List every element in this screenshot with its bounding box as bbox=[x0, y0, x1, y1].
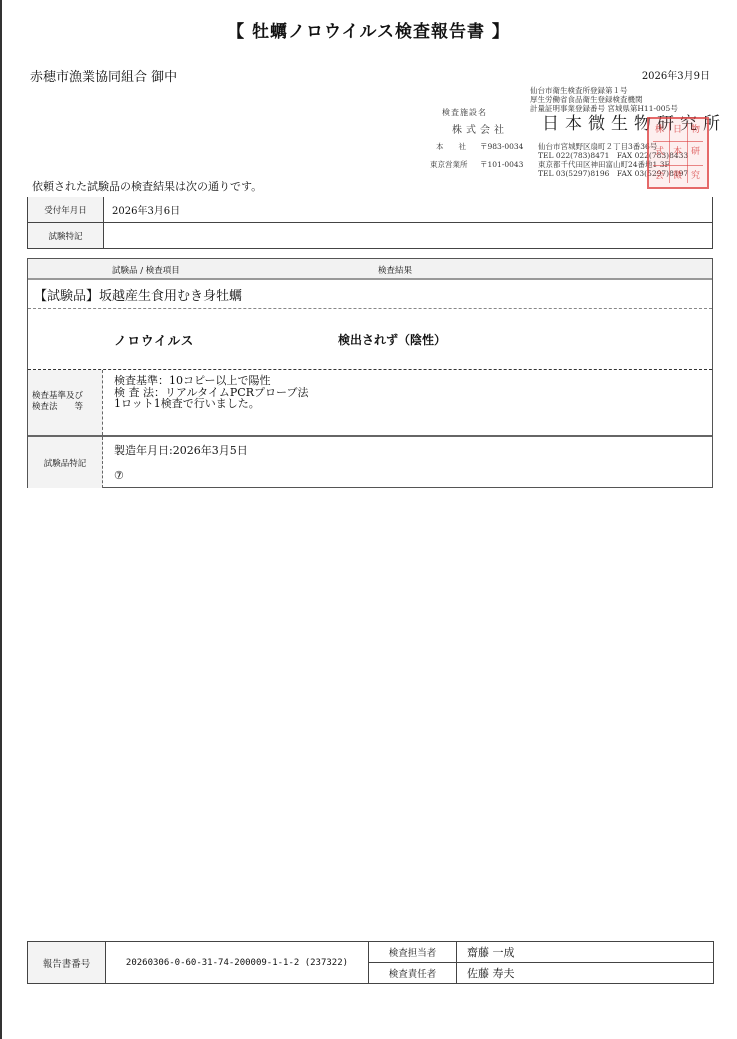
seal-char: 株 bbox=[655, 125, 664, 135]
test-item-name: ノロウイルス bbox=[114, 331, 194, 349]
test-notes-label: 試験特記 bbox=[28, 223, 104, 249]
supervisor-label: 検査責任者 bbox=[369, 963, 457, 984]
method-label: 検査基準及び 検査法 等 bbox=[28, 370, 103, 435]
seal-char: 微 bbox=[673, 171, 682, 181]
header-item: 試験品 / 検査項目 bbox=[112, 264, 180, 276]
seal-char: 会 bbox=[655, 171, 664, 181]
office-label: 本 社 bbox=[436, 142, 466, 151]
sample-notes: 製造年月日:2026年3月5日 bbox=[114, 442, 248, 458]
seal-char: 究 bbox=[691, 171, 700, 181]
test-notes bbox=[104, 223, 713, 249]
office-zip: 〒983-0034 bbox=[480, 142, 523, 151]
report-footer-table: 報告書番号 20260306-0-60-31-74-200009-1-1-2 (… bbox=[27, 941, 714, 984]
registration-line: 仙台市衛生検査所登録第１号 bbox=[530, 86, 678, 95]
method-line: 検査基準：10コピー以上で陽性 bbox=[114, 375, 308, 387]
results-header: 試験品 / 検査項目 検査結果 bbox=[28, 259, 712, 280]
supervisor-name: 佐藤 寿夫 bbox=[457, 963, 714, 984]
seal-char: 式 bbox=[655, 147, 664, 157]
divider bbox=[28, 308, 712, 309]
report-no: 20260306-0-60-31-74-200009-1-1-2 (237322… bbox=[106, 942, 369, 984]
intro-text: 依頼された試験品の検査結果は次の通りです。 bbox=[32, 178, 262, 194]
method-text: 検査基準：10コピー以上で陽性 検 査 法：リアルタイムPCRプローブ法 1ロッ… bbox=[114, 375, 308, 410]
office-zip: 〒101-0043 bbox=[480, 160, 523, 169]
office-label: 東京営業所 bbox=[430, 160, 468, 169]
registration-lines: 仙台市衛生検査所登録第１号 厚生労働省食品衛生登録検査機関 計量証明事業登録番号… bbox=[530, 86, 678, 113]
sample-notes-label: 試験品特記 bbox=[28, 437, 103, 488]
issue-date: 2026年3月9日 bbox=[642, 67, 710, 82]
inspector-name: 齋藤 一成 bbox=[457, 942, 714, 963]
seal-char: 物 bbox=[691, 125, 700, 135]
method-label-line: 検査基準及び bbox=[32, 391, 102, 402]
results-table: 試験品 / 検査項目 検査結果 【試験品】坂越産生食用むき身牡蠣 ノロウイルス … bbox=[27, 258, 713, 488]
sample-name: 【試験品】坂越産生食用むき身牡蠣 bbox=[34, 285, 242, 304]
seal-char: 研 bbox=[691, 147, 700, 157]
report-title: 【 牡蠣ノロウイルス検査報告書 】 bbox=[0, 17, 737, 42]
inspector-label: 検査担当者 bbox=[369, 942, 457, 963]
seal-char: 日 bbox=[673, 125, 682, 135]
company-type: 株式会社 bbox=[452, 126, 508, 135]
receipt-date: 2026年3月6日 bbox=[104, 197, 713, 223]
table-row: 試験特記 bbox=[28, 223, 713, 249]
registration-line: 計量証明事業登録番号 宮城県第H11-005号 bbox=[530, 104, 678, 113]
basic-info-table: 受付年月日 2026年3月6日 試験特記 bbox=[27, 197, 713, 249]
office-address: 仙台市宮城野区扇町２丁目3番36号 bbox=[538, 142, 657, 151]
receipt-date-label: 受付年月日 bbox=[28, 197, 104, 223]
divider bbox=[28, 435, 712, 437]
page-left-edge bbox=[0, 0, 2, 1039]
sample-mark: ⑦ bbox=[114, 469, 124, 482]
report-no-label: 報告書番号 bbox=[28, 942, 106, 984]
registration-line: 厚生労働省食品衛生登録検査機関 bbox=[530, 95, 678, 104]
addressee: 赤穂市漁業協同組合 御中 bbox=[30, 66, 177, 85]
test-item-result: 検出されず（陰性） bbox=[338, 331, 446, 348]
table-row: 報告書番号 20260306-0-60-31-74-200009-1-1-2 (… bbox=[28, 942, 714, 963]
method-line: 1ロット1検査で行いました。 bbox=[114, 398, 308, 410]
table-row: 受付年月日 2026年3月6日 bbox=[28, 197, 713, 223]
seal-char: 本 bbox=[673, 147, 682, 157]
company-seal-stamp: 株 日 物 式 本 研 会 微 究 bbox=[647, 117, 709, 189]
method-label-line: 検査法 等 bbox=[32, 402, 102, 413]
header-result: 検査結果 bbox=[378, 264, 412, 276]
divider bbox=[28, 369, 712, 370]
facility-label: 検査施設名 bbox=[442, 108, 487, 117]
